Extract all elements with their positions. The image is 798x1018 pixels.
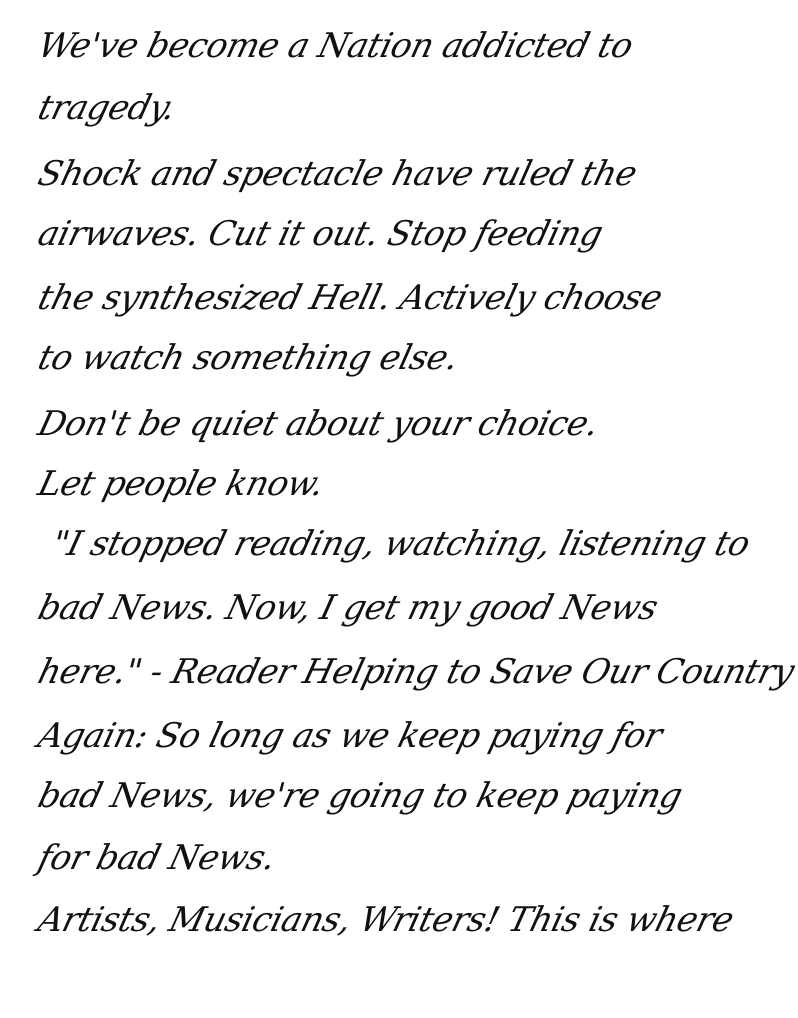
text-line: Again: So long as we keep paying for bbox=[34, 716, 666, 756]
text-line: tragedy. bbox=[34, 88, 179, 128]
text-line: airwaves. Cut it out. Stop feeding bbox=[34, 214, 607, 254]
quote-line: "I stopped reading, watching, listening … bbox=[48, 524, 754, 564]
text-line: to watch something else. bbox=[34, 338, 462, 378]
text-line: bad News, we're going to keep paying bbox=[34, 776, 686, 816]
text-line: Don't be quiet about your choice. bbox=[34, 404, 603, 444]
quote-line: bad News. Now, I get my good News bbox=[34, 588, 662, 628]
text-line: Shock and spectacle have ruled the bbox=[34, 154, 641, 194]
text-line: for bad News. bbox=[34, 838, 279, 878]
text-line: the synthesized Hell. Actively choose bbox=[34, 278, 666, 318]
quote-attribution-line: here." - Reader Helping to Save Our Coun… bbox=[34, 652, 798, 692]
text-line: We've become a Nation addicted to bbox=[34, 26, 637, 66]
text-line: Let people know. bbox=[34, 464, 328, 504]
text-line: Artists, Musicians, Writers! This is whe… bbox=[34, 900, 738, 940]
handwritten-page: We've become a Nation addicted to traged… bbox=[0, 0, 798, 1018]
